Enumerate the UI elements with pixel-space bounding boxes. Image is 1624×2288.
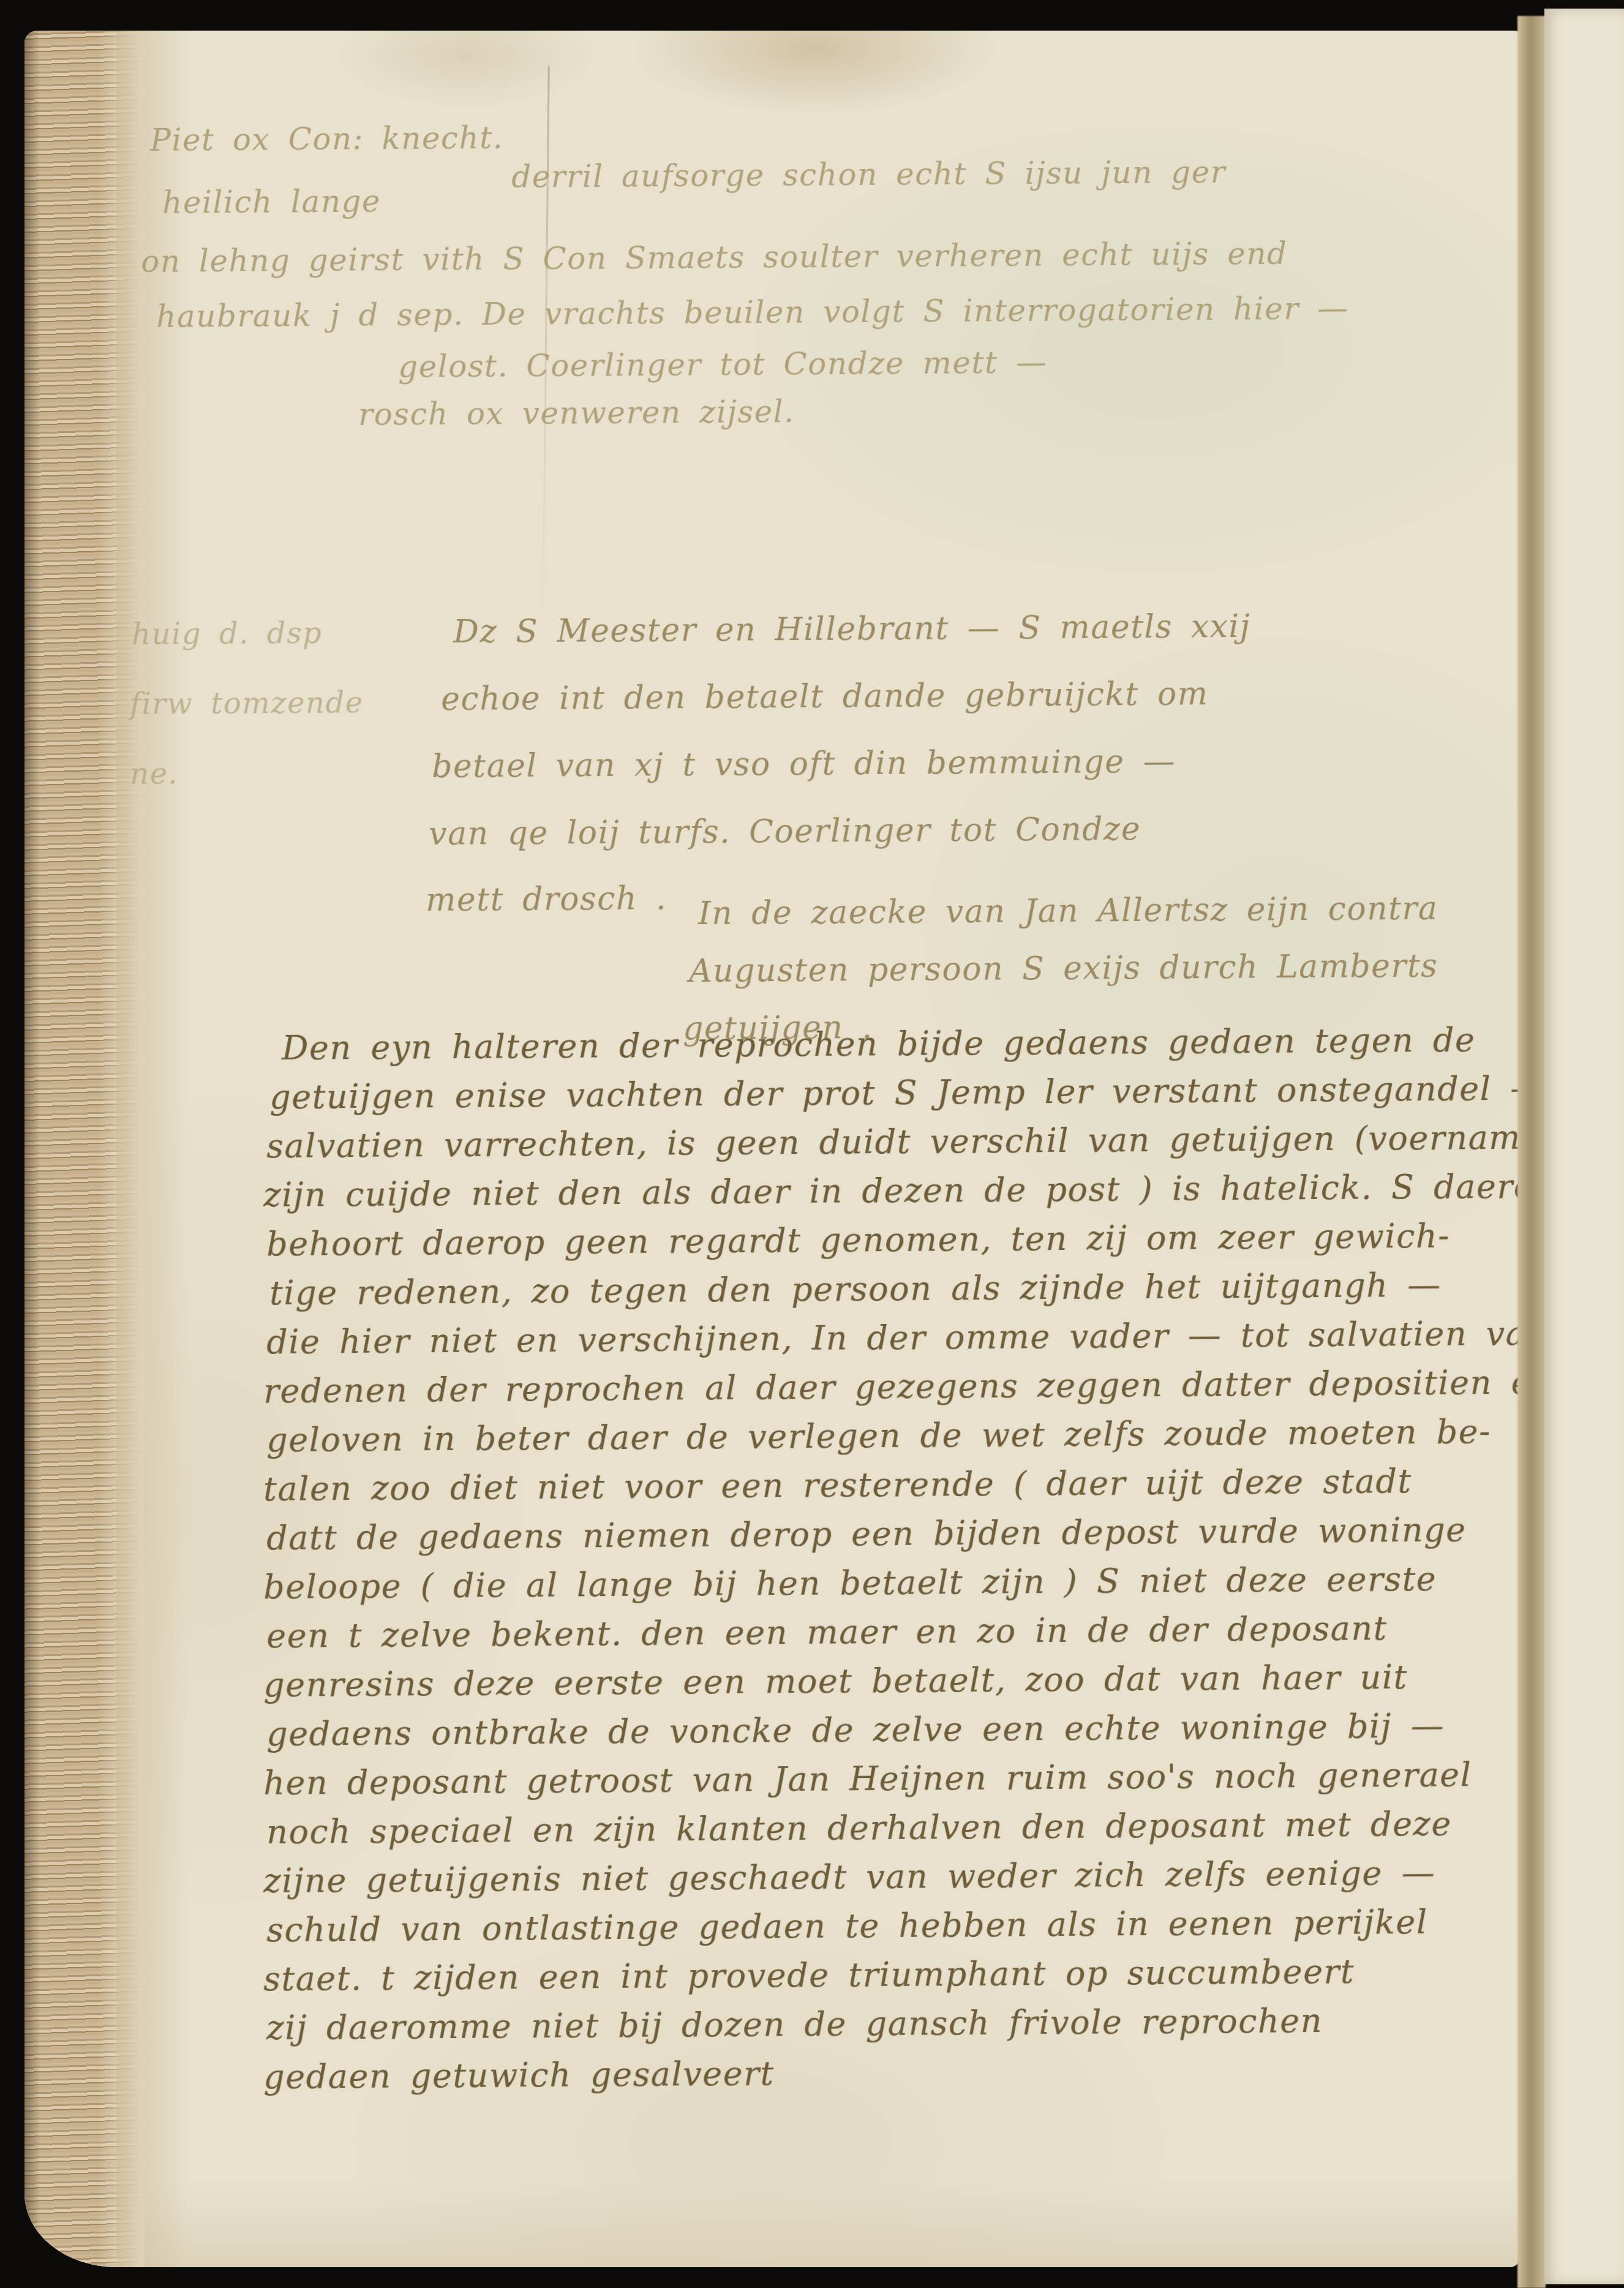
manuscript-line: zijne getuijgenis niet geschaedt van wed…	[263, 1854, 1435, 1900]
manuscript-line: gedaen getuwich gesalveert	[263, 2054, 775, 2096]
manuscript-line: datt de gedaens niemen derop een bijden …	[266, 1510, 1467, 1557]
manuscript-line: genresins deze eerste een moet betaelt, …	[263, 1658, 1408, 1704]
manuscript-line: een t zelve bekent. den een maer en zo i…	[266, 1609, 1388, 1655]
manuscript-line: hen deposant getroost van Jan Heijnen ru…	[263, 1755, 1472, 1802]
manuscript-line: zij daeromme niet bij dozen de gansch fr…	[266, 2001, 1323, 2047]
manuscript-line: staet. t zijden een int provede triumpha…	[263, 1952, 1355, 1998]
manuscript-line: behoort daerop geen regardt genomen, ten…	[266, 1217, 1450, 1263]
manuscript-line: Den eyn halteren der reprochen bijde ged…	[282, 1020, 1476, 1067]
manuscript-line: tige redenen, zo tegen den persoon als z…	[269, 1266, 1442, 1312]
manuscript-line: beloope ( die al lange bij hen betaelt z…	[263, 1560, 1437, 1606]
manuscript-scan: { "document": { "kind": "handwritten man…	[0, 0, 1624, 2288]
manuscript-line: getuijgen enise vachten der prot S Jemp …	[269, 1069, 1520, 1116]
book-gutter-shadow	[1517, 16, 1546, 2288]
manuscript-line: schuld van ontlastinge gedaen te hebben …	[266, 1903, 1428, 1949]
manuscript-line: gedaens ontbrake de voncke de zelve een …	[266, 1707, 1445, 1753]
manuscript-line: zijn cuijde niet den als daer in dezen d…	[263, 1167, 1520, 1214]
manuscript-line: geloven in beter daer de verlegen de wet…	[266, 1412, 1491, 1459]
body-paragraph-block: Den eyn halteren der reprochen bijde ged…	[24, 31, 1520, 2267]
manuscript-line: die hier niet en verschijnen, In der omm…	[266, 1314, 1520, 1361]
manuscript-page: Piet ox Con: knecht.heilich langederril …	[24, 31, 1520, 2267]
manuscript-line: talen zoo diet niet voor een resterende …	[263, 1462, 1412, 1508]
manuscript-line: redenen der reprochen al daer gezegens z…	[263, 1363, 1520, 1410]
manuscript-line: salvatien varrechten, is geen duidt vers…	[266, 1118, 1520, 1165]
facing-page-sliver	[1544, 9, 1624, 2284]
manuscript-line: noch speciael en zijn klanten derhalven …	[266, 1804, 1452, 1851]
